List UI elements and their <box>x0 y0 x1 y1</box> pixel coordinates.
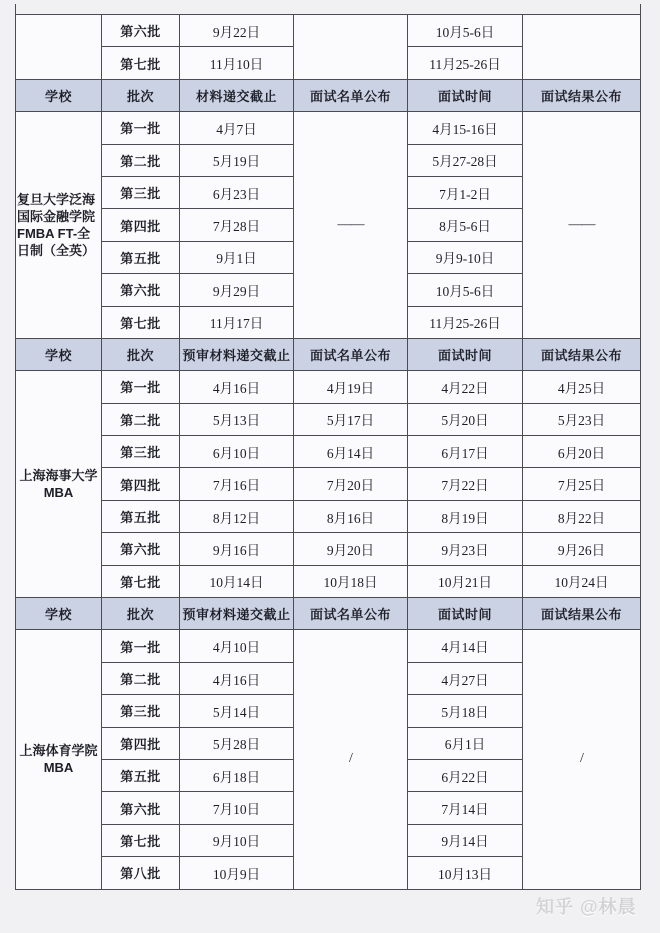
table-row: 第五批8月12日8月16日8月19日8月22日 <box>16 500 641 532</box>
school-name-cell: 复旦大学泛海国际金融学院FMBA FT-全日制（全英） <box>16 112 102 339</box>
batch-cell: 第六批 <box>102 792 180 824</box>
school-name-cell <box>16 15 102 80</box>
deadline-date-cell: 5月19日 <box>180 144 294 176</box>
batch-cell: 第五批 <box>102 759 180 791</box>
column-header-batch: 批次 <box>102 79 180 111</box>
interview-list-merged-cell <box>294 15 408 80</box>
school-name-cell: 上海体育学院MBA <box>16 630 102 889</box>
school-name-cell: 上海海事大学MBA <box>16 371 102 598</box>
interview-date-cell: 10月13日 <box>408 857 523 889</box>
deadline-date-cell: 4月16日 <box>180 662 294 694</box>
batch-cell: 第五批 <box>102 241 180 273</box>
deadline-date-cell: 9月1日 <box>180 241 294 273</box>
deadline-date-cell: 9月22日 <box>180 15 294 47</box>
interview-date-cell: 11月25-26日 <box>408 306 523 338</box>
interview-date-cell: 9月14日 <box>408 824 523 856</box>
interview-date-cell: 8月5-6日 <box>408 209 523 241</box>
table-row: 第三批6月10日6月14日6月17日6月20日 <box>16 436 641 468</box>
batch-cell: 第七批 <box>102 565 180 597</box>
batch-cell: 第二批 <box>102 403 180 435</box>
interview-date-cell: 8月19日 <box>408 500 523 532</box>
column-header-batch: 批次 <box>102 598 180 630</box>
table-row: 上海海事大学MBA第一批4月16日4月19日4月22日4月25日 <box>16 371 641 403</box>
column-header-interview: 面试时间 <box>408 598 523 630</box>
deadline-date-cell: 7月10日 <box>180 792 294 824</box>
watermark: 知乎 @林晨 <box>536 893 637 919</box>
header-row: 学校批次预审材料递交截止面试名单公布面试时间面试结果公布 <box>16 338 641 370</box>
column-header-result: 面试结果公布 <box>523 338 641 370</box>
deadline-date-cell: 11月10日 <box>180 47 294 79</box>
school-name-line: MBA <box>17 484 100 501</box>
interview-date-cell: 6月22日 <box>408 759 523 791</box>
column-header-list: 面试名单公布 <box>294 79 408 111</box>
deadline-date-cell: 6月23日 <box>180 176 294 208</box>
column-header-result: 面试结果公布 <box>523 79 641 111</box>
school-name-line: 复旦大学泛海 <box>17 191 100 208</box>
table-row: 第二批5月13日5月17日5月20日5月23日 <box>16 403 641 435</box>
interview-date-cell: 10月21日 <box>408 565 523 597</box>
result-date-cell: 9月26日 <box>523 533 641 565</box>
deadline-date-cell: 10月9日 <box>180 857 294 889</box>
column-header-interview: 面试时间 <box>408 79 523 111</box>
deadline-date-cell: 9月16日 <box>180 533 294 565</box>
deadline-date-cell: 9月10日 <box>180 824 294 856</box>
interview-list-merged-cell: / <box>294 630 408 889</box>
table-row: 上海体育学院MBA第一批4月10日/4月14日/ <box>16 630 641 662</box>
header-row: 学校批次材料递交截止面试名单公布面试时间面试结果公布 <box>16 79 641 111</box>
interview-date-cell: 9月9-10日 <box>408 241 523 273</box>
deadline-date-cell: 8月12日 <box>180 500 294 532</box>
column-header-result: 面试结果公布 <box>523 598 641 630</box>
table-row: 复旦大学泛海国际金融学院FMBA FT-全日制（全英）第一批4月7日——4月15… <box>16 112 641 144</box>
interview-date-cell: 9月23日 <box>408 533 523 565</box>
batch-cell: 第一批 <box>102 371 180 403</box>
batch-cell: 第六批 <box>102 15 180 47</box>
table-right-edge-stub <box>640 4 641 14</box>
school-name-line: FMBA FT-全 <box>17 225 100 242</box>
list-date-cell: 9月20日 <box>294 533 408 565</box>
column-header-school: 学校 <box>16 79 102 111</box>
deadline-date-cell: 5月14日 <box>180 695 294 727</box>
column-header-interview: 面试时间 <box>408 338 523 370</box>
interview-date-cell: 10月5-6日 <box>408 15 523 47</box>
column-header-deadline: 预审材料递交截止 <box>180 338 294 370</box>
interview-date-cell: 5月20日 <box>408 403 523 435</box>
batch-cell: 第一批 <box>102 630 180 662</box>
interview-date-cell: 4月27日 <box>408 662 523 694</box>
list-date-cell: 4月19日 <box>294 371 408 403</box>
interview-date-cell: 4月14日 <box>408 630 523 662</box>
interview-list-merged-cell: —— <box>294 112 408 339</box>
batch-cell: 第七批 <box>102 47 180 79</box>
deadline-date-cell: 6月18日 <box>180 759 294 791</box>
batch-cell: 第四批 <box>102 209 180 241</box>
batch-cell: 第六批 <box>102 274 180 306</box>
interview-date-cell: 4月15-16日 <box>408 112 523 144</box>
deadline-date-cell: 6月10日 <box>180 436 294 468</box>
deadline-date-cell: 4月7日 <box>180 112 294 144</box>
batch-cell: 第一批 <box>102 112 180 144</box>
column-header-deadline: 预审材料递交截止 <box>180 598 294 630</box>
list-date-cell: 7月20日 <box>294 468 408 500</box>
deadline-date-cell: 9月29日 <box>180 274 294 306</box>
table-left-edge-stub <box>15 4 16 14</box>
table-row: 第六批9月22日10月5-6日 <box>16 15 641 47</box>
result-date-cell: 8月22日 <box>523 500 641 532</box>
school-name-line: 上海海事大学 <box>17 467 100 484</box>
column-header-deadline: 材料递交截止 <box>180 79 294 111</box>
result-merged-cell <box>523 15 641 80</box>
interview-date-cell: 7月14日 <box>408 792 523 824</box>
school-name-line: MBA <box>17 759 100 776</box>
result-merged-cell: —— <box>523 112 641 339</box>
list-date-cell: 5月17日 <box>294 403 408 435</box>
deadline-date-cell: 5月28日 <box>180 727 294 759</box>
interview-date-cell: 7月1-2日 <box>408 176 523 208</box>
table-row: 第六批9月16日9月20日9月23日9月26日 <box>16 533 641 565</box>
deadline-date-cell: 7月28日 <box>180 209 294 241</box>
interview-date-cell: 7月22日 <box>408 468 523 500</box>
batch-cell: 第四批 <box>102 468 180 500</box>
result-date-cell: 5月23日 <box>523 403 641 435</box>
result-date-cell: 7月25日 <box>523 468 641 500</box>
result-date-cell: 6月20日 <box>523 436 641 468</box>
batch-cell: 第七批 <box>102 306 180 338</box>
interview-date-cell: 10月5-6日 <box>408 274 523 306</box>
list-date-cell: 6月14日 <box>294 436 408 468</box>
school-name-line: 日制（全英） <box>17 242 100 259</box>
interview-date-cell: 5月18日 <box>408 695 523 727</box>
deadline-date-cell: 4月16日 <box>180 371 294 403</box>
list-date-cell: 8月16日 <box>294 500 408 532</box>
column-header-list: 面试名单公布 <box>294 338 408 370</box>
batch-cell: 第三批 <box>102 695 180 727</box>
admission-schedule-table: 第六批9月22日10月5-6日第七批11月10日11月25-26日学校批次材料递… <box>15 14 641 890</box>
screenshot-root: 第六批9月22日10月5-6日第七批11月10日11月25-26日学校批次材料递… <box>0 0 660 933</box>
school-name-line: 上海体育学院 <box>17 742 100 759</box>
result-date-cell: 10月24日 <box>523 565 641 597</box>
deadline-date-cell: 7月16日 <box>180 468 294 500</box>
schedule-table-body: 第六批9月22日10月5-6日第七批11月10日11月25-26日学校批次材料递… <box>16 15 641 890</box>
column-header-school: 学校 <box>16 338 102 370</box>
deadline-date-cell: 10月14日 <box>180 565 294 597</box>
batch-cell: 第三批 <box>102 436 180 468</box>
table-row: 第七批10月14日10月18日10月21日10月24日 <box>16 565 641 597</box>
list-date-cell: 10月18日 <box>294 565 408 597</box>
result-date-cell: 4月25日 <box>523 371 641 403</box>
batch-cell: 第二批 <box>102 662 180 694</box>
batch-cell: 第三批 <box>102 176 180 208</box>
batch-cell: 第六批 <box>102 533 180 565</box>
column-header-school: 学校 <box>16 598 102 630</box>
interview-date-cell: 11月25-26日 <box>408 47 523 79</box>
column-header-list: 面试名单公布 <box>294 598 408 630</box>
header-row: 学校批次预审材料递交截止面试名单公布面试时间面试结果公布 <box>16 598 641 630</box>
deadline-date-cell: 4月10日 <box>180 630 294 662</box>
batch-cell: 第五批 <box>102 500 180 532</box>
table-row: 第四批7月16日7月20日7月22日7月25日 <box>16 468 641 500</box>
deadline-date-cell: 11月17日 <box>180 306 294 338</box>
batch-cell: 第七批 <box>102 824 180 856</box>
batch-cell: 第八批 <box>102 857 180 889</box>
batch-cell: 第二批 <box>102 144 180 176</box>
deadline-date-cell: 5月13日 <box>180 403 294 435</box>
result-merged-cell: / <box>523 630 641 889</box>
batch-cell: 第四批 <box>102 727 180 759</box>
column-header-batch: 批次 <box>102 338 180 370</box>
school-name-line: 国际金融学院 <box>17 208 100 225</box>
interview-date-cell: 5月27-28日 <box>408 144 523 176</box>
interview-date-cell: 6月1日 <box>408 727 523 759</box>
interview-date-cell: 4月22日 <box>408 371 523 403</box>
interview-date-cell: 6月17日 <box>408 436 523 468</box>
